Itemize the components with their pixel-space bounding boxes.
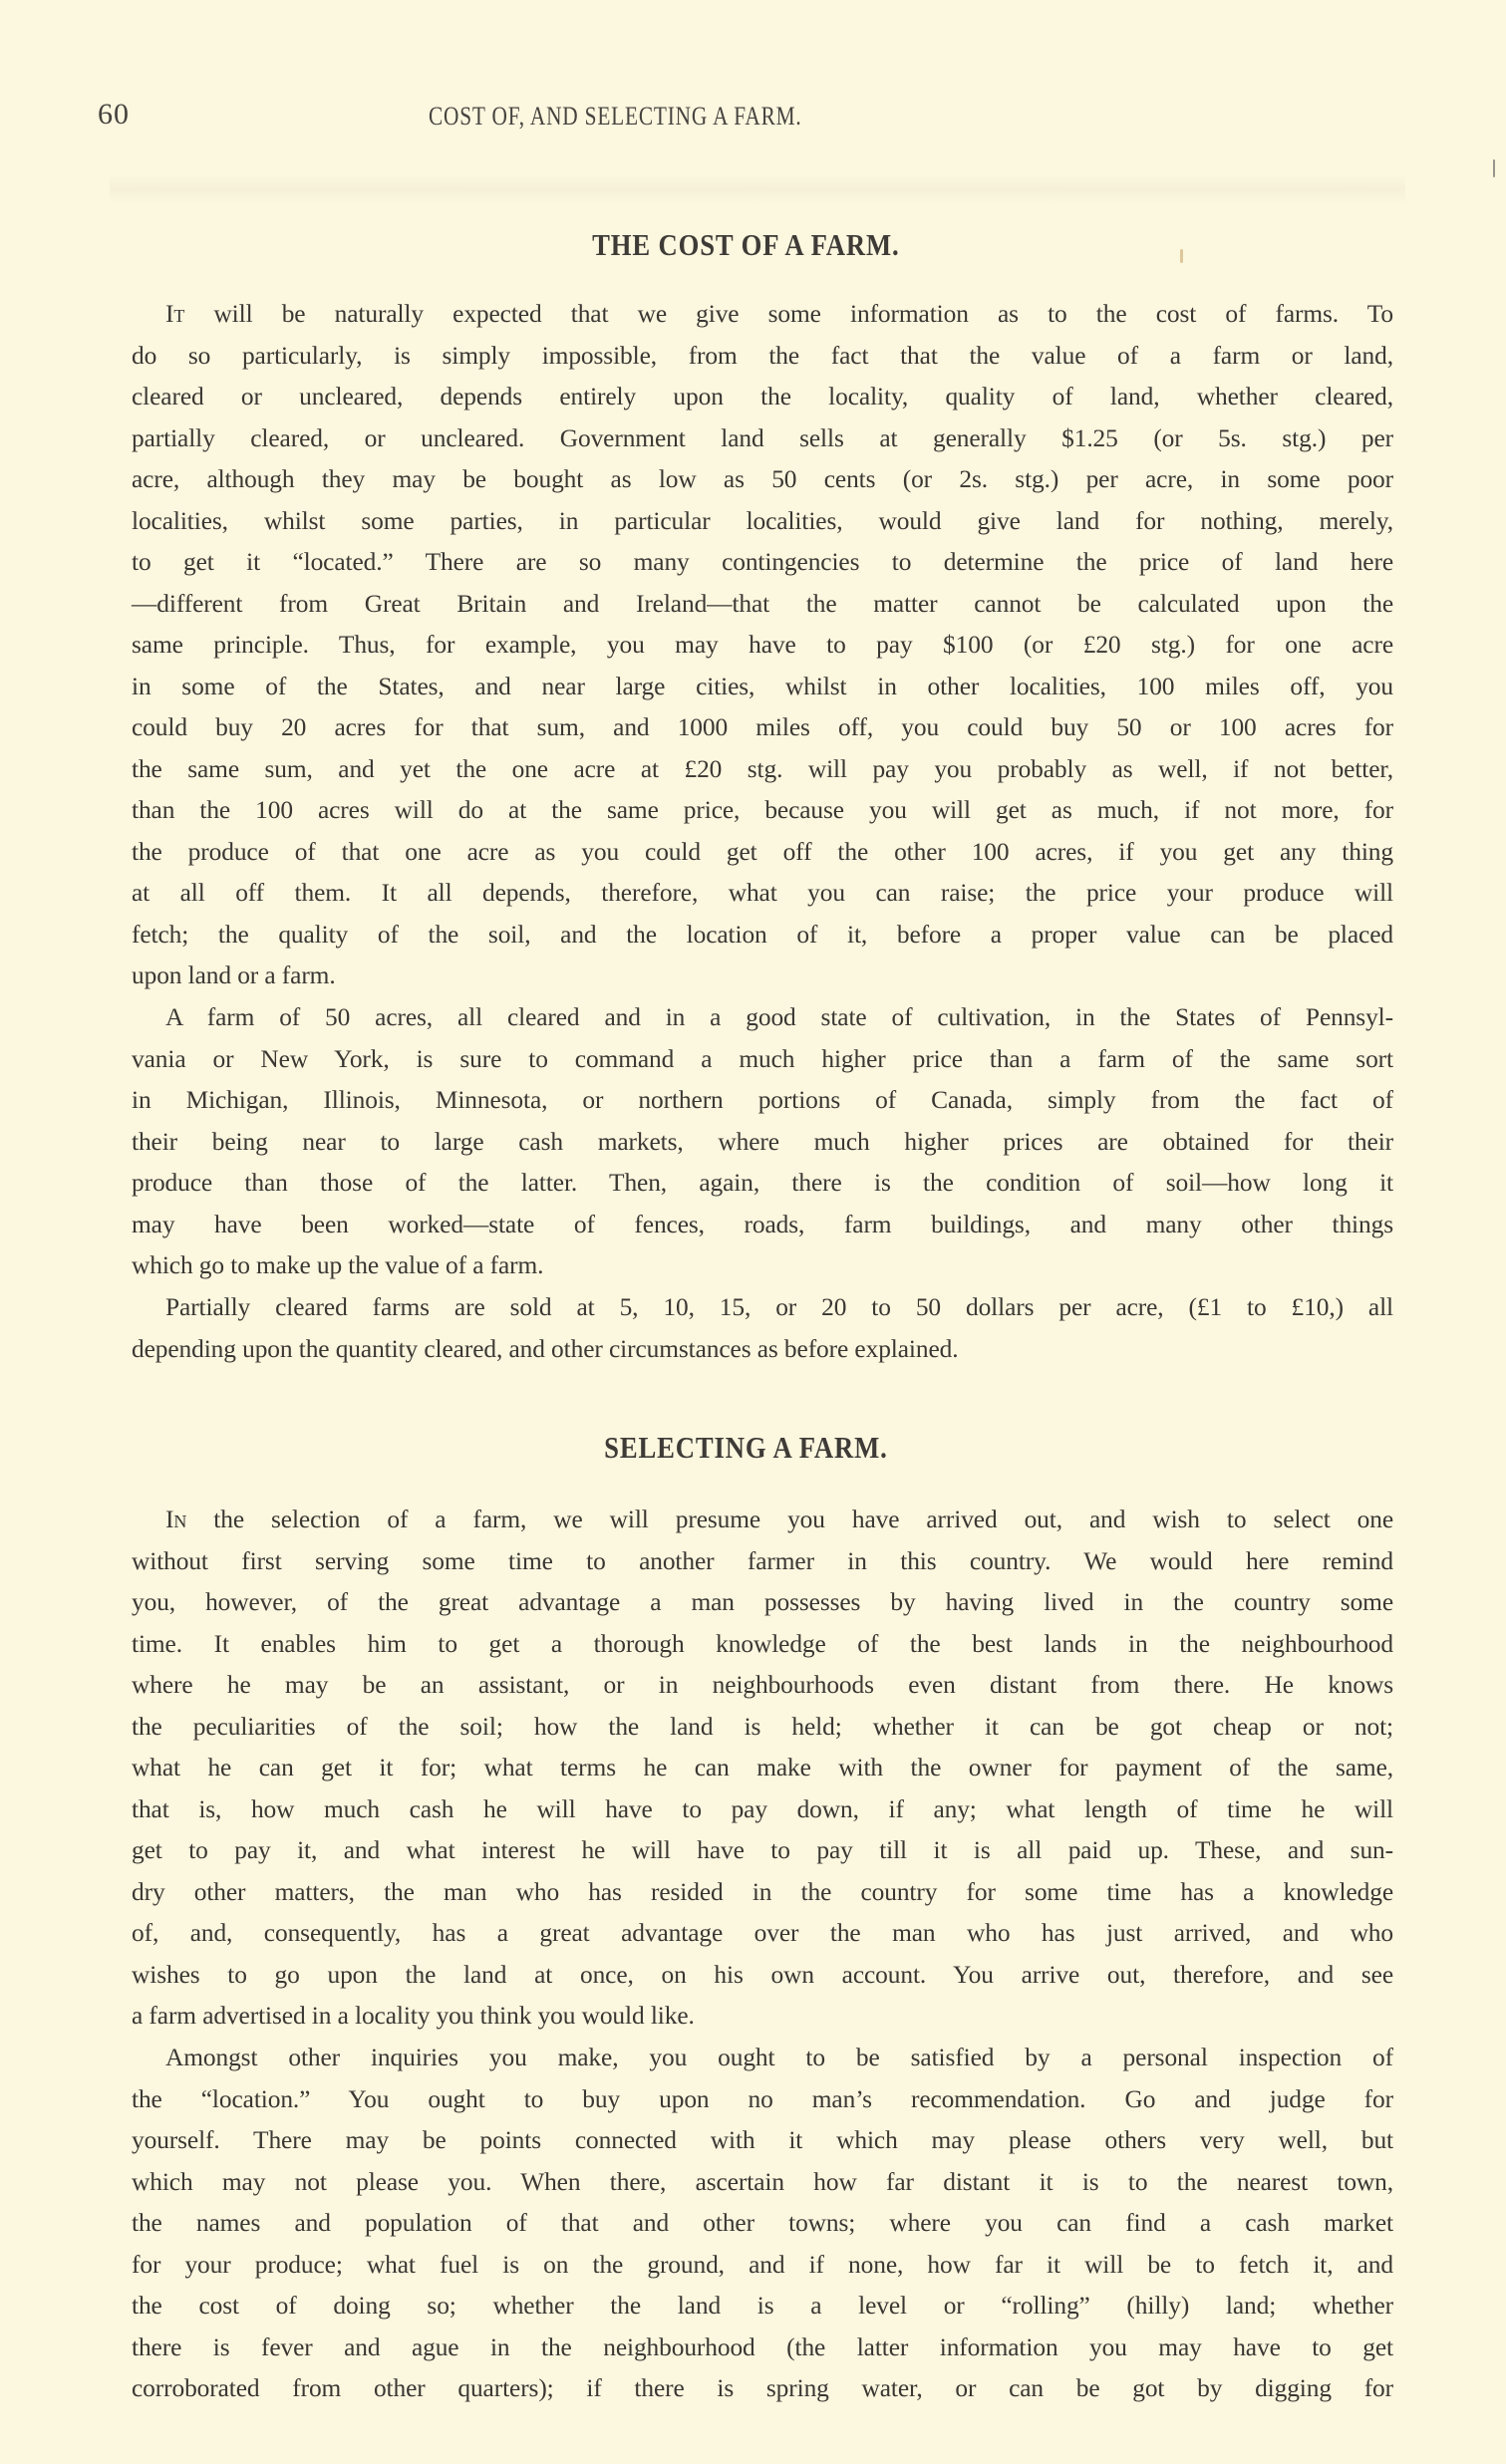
text-line: yourself. There may be points connected …: [98, 2120, 1393, 2162]
text-line: fetch; the quality of the soil, and the …: [98, 915, 1393, 957]
section-title-text: SELECTING A FARM.: [604, 1430, 887, 1466]
text-line: Amongst other inquiries you make, you ou…: [98, 2038, 1393, 2079]
dropcap-word: In: [165, 1506, 186, 1533]
text-line: the names and population of that and oth…: [98, 2203, 1393, 2245]
running-title: COST OF, AND SELECTING A FARM.: [429, 102, 802, 132]
text-line: a farm advertised in a locality you thin…: [98, 1996, 1393, 2038]
text-line: the same sum, and yet the one acre at £2…: [98, 749, 1393, 791]
text-line: at all off them. It all depends, therefo…: [98, 873, 1393, 915]
text-line: to get it “located.” There are so many c…: [98, 542, 1393, 584]
paragraph-amongst-other-inquiries: Amongst other inquiries you make, you ou…: [98, 2038, 1393, 2410]
paragraph-partially-cleared: Partially cleared farms are sold at 5, 1…: [98, 1287, 1393, 1370]
show-through-bleed: [110, 174, 1405, 204]
text-line: acre, although they may be bought as low…: [98, 459, 1393, 501]
section-title-cost-of-a-farm: THE COST OF A FARM.: [98, 227, 1393, 263]
text-line: partially cleared, or uncleared. Governm…: [98, 418, 1393, 460]
section-title-selecting-a-farm: SELECTING A FARM.: [98, 1430, 1393, 1466]
text-line: in Michigan, Illinois, Minnesota, or nor…: [98, 1080, 1393, 1122]
text-line: may have been worked—state of fences, ro…: [98, 1205, 1393, 1246]
text-line: Partially cleared farms are sold at 5, 1…: [98, 1287, 1393, 1329]
running-head: 60 COST OF, AND SELECTING A FARM.: [98, 98, 1393, 137]
line-text: the selection of a farm, we will presume…: [213, 1506, 1393, 1533]
text-line: their being near to large cash markets, …: [98, 1122, 1393, 1164]
paragraph-farm-of-50-acres: A farm of 50 acres, all cleared and in a…: [98, 997, 1393, 1287]
text-line: —different from Great Britain and Irelan…: [98, 584, 1393, 626]
line-text: will be naturally expected that we give …: [213, 300, 1393, 328]
text-line: corroborated from other quarters); if th…: [98, 2368, 1393, 2410]
paper-mark: [1493, 159, 1495, 177]
section-title-text: THE COST OF A FARM.: [592, 227, 899, 263]
text-line: there is fever and ague in the neighbour…: [98, 2327, 1393, 2369]
paragraph-cost-intro: It will be naturally expected that we gi…: [98, 294, 1393, 997]
text-line: which go to make up the value of a farm.: [98, 1245, 1393, 1287]
text-line: get to pay it, and what interest he will…: [98, 1830, 1393, 1872]
text-line: upon land or a farm.: [98, 956, 1393, 997]
text-line: time. It enables him to get a thorough k…: [98, 1624, 1393, 1666]
text-line: without first serving some time to anoth…: [98, 1541, 1393, 1583]
paragraph-selection-intro: In the selection of a farm, we will pres…: [98, 1500, 1393, 2038]
text-line: localities, whilst some parties, in part…: [98, 501, 1393, 543]
text-line: dry other matters, the man who has resid…: [98, 1872, 1393, 1914]
text-line: the “location.” You ought to buy upon no…: [98, 2079, 1393, 2121]
text-line: which may not please you. When there, as…: [98, 2162, 1393, 2204]
text-line: the produce of that one acre as you coul…: [98, 832, 1393, 874]
text-line: It will be naturally expected that we gi…: [98, 294, 1393, 336]
text-line: In the selection of a farm, we will pres…: [98, 1500, 1393, 1541]
page-number: 60: [98, 98, 130, 132]
text-line: cleared or uncleared, depends entirely u…: [98, 377, 1393, 418]
text-line: where he may be an assistant, or in neig…: [98, 1665, 1393, 1707]
paper-stain: [1180, 249, 1183, 263]
dropcap-word: It: [165, 300, 184, 328]
text-line: vania or New York, is sure to command a …: [98, 1039, 1393, 1081]
text-line: produce than those of the latter. Then, …: [98, 1163, 1393, 1205]
text-line: A farm of 50 acres, all cleared and in a…: [98, 997, 1393, 1039]
text-line: wishes to go upon the land at once, on h…: [98, 1955, 1393, 1997]
text-line: for your produce; what fuel is on the gr…: [98, 2245, 1393, 2287]
text-line: than the 100 acres will do at the same p…: [98, 790, 1393, 832]
text-line: could buy 20 acres for that sum, and 100…: [98, 707, 1393, 749]
text-line: what he can get it for; what terms he ca…: [98, 1748, 1393, 1789]
text-line: that is, how much cash he will have to p…: [98, 1789, 1393, 1831]
text-line: in some of the States, and near large ci…: [98, 667, 1393, 708]
text-line: you, however, of the great advantage a m…: [98, 1582, 1393, 1624]
text-line: do so particularly, is simply impossible…: [98, 336, 1393, 378]
text-line: of, and, consequently, has a great advan…: [98, 1913, 1393, 1955]
text-line: the peculiarities of the soil; how the l…: [98, 1707, 1393, 1749]
text-line: same principle. Thus, for example, you m…: [98, 625, 1393, 667]
text-line: the cost of doing so; whether the land i…: [98, 2286, 1393, 2327]
text-line: depending upon the quantity cleared, and…: [98, 1329, 1393, 1371]
